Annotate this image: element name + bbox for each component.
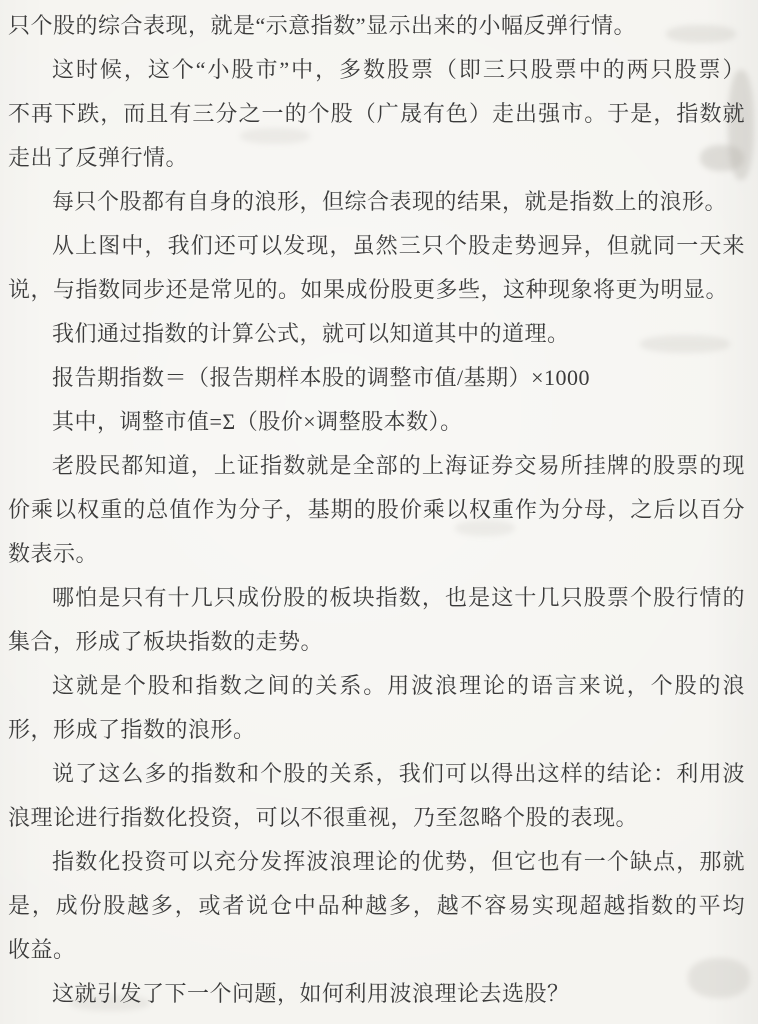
paragraph: 说了这么多的指数和个股的关系，我们可以得出这样的结论：利用波浪理论进行指数化投资… [8,752,745,840]
paragraph: 这时候，这个“小股市”中，多数股票（即三只股票中的两只股票）不再下跌，而且有三分… [8,48,745,180]
paragraph: 只个股的综合表现，就是“示意指数”显示出来的小幅反弹行情。 [8,4,745,48]
paragraph: 这就是个股和指数之间的关系。用波浪理论的语言来说，个股的浪形，形成了指数的浪形。 [8,664,745,752]
paragraph: 我们通过指数的计算公式，就可以知道其中的道理。 [8,312,745,356]
scanned-book-page: 只个股的综合表现，就是“示意指数”显示出来的小幅反弹行情。这时候，这个“小股市”… [0,0,758,1024]
text-line: 每只个股都有自身的浪形，但综合表现的结果，就是指数上的浪形。 [8,180,745,224]
text-line: 价乘以权重的总值作为分子，基期的股价乘以权重作为分母，之后以百分 [8,488,745,532]
paragraph: 指数化投资可以充分发挥波浪理论的优势，但它也有一个缺点，那就是，成份股越多，或者… [8,840,745,972]
text-line: 其中，调整市值=Σ（股价×调整股本数）。 [8,400,745,444]
text-line: 数表示。 [8,532,745,576]
text-line: 老股民都知道，上证指数就是全部的上海证券交易所挂牌的股票的现 [8,444,745,488]
paragraph: 从上图中，我们还可以发现，虽然三只个股走势迥异，但就同一天来说，与指数同步还是常… [8,224,745,312]
text-line: 是，成份股越多，或者说仓中品种越多，越不容易实现超越指数的平均 [8,884,745,928]
text-line: 只个股的综合表现，就是“示意指数”显示出来的小幅反弹行情。 [8,4,745,48]
paragraph: 每只个股都有自身的浪形，但综合表现的结果，就是指数上的浪形。 [8,180,745,224]
paragraph: 哪怕是只有十几只成份股的板块指数，也是这十几只股票个股行情的集合，形成了板块指数… [8,576,745,664]
paragraph: 老股民都知道，上证指数就是全部的上海证券交易所挂牌的股票的现价乘以权重的总值作为… [8,444,745,576]
paragraph: 这就引发了下一个问题，如何利用波浪理论去选股？ [8,972,745,1016]
text-line: 形，形成了指数的浪形。 [8,708,745,752]
text-line: 指数化投资可以充分发挥波浪理论的优势，但它也有一个缺点，那就 [8,840,745,884]
text-line: 这就引发了下一个问题，如何利用波浪理论去选股？ [8,972,745,1016]
text-line: 说，与指数同步还是常见的。如果成份股更多些，这种现象将更为明显。 [8,268,745,312]
text-line: 报告期指数＝（报告期样本股的调整市值/基期）×1000 [8,356,745,400]
text-line: 从上图中，我们还可以发现，虽然三只个股走势迥异，但就同一天来 [8,224,745,268]
text-line: 浪理论进行指数化投资，可以不很重视，乃至忽略个股的表现。 [8,796,745,840]
text-line: 哪怕是只有十几只成份股的板块指数，也是这十几只股票个股行情的 [8,576,745,620]
text-line: 收益。 [8,928,745,972]
text-line: 说了这么多的指数和个股的关系，我们可以得出这样的结论：利用波 [8,752,745,796]
text-line: 这时候，这个“小股市”中，多数股票（即三只股票中的两只股票） [8,48,745,92]
text-block: 只个股的综合表现，就是“示意指数”显示出来的小幅反弹行情。这时候，这个“小股市”… [8,4,745,1016]
text-line: 走出了反弹行情。 [8,136,745,180]
paragraph: 报告期指数＝（报告期样本股的调整市值/基期）×1000 [8,356,745,400]
text-line: 不再下跌，而且有三分之一的个股（广晟有色）走出强市。于是，指数就 [8,92,745,136]
text-line: 集合，形成了板块指数的走势。 [8,620,745,664]
text-line: 这就是个股和指数之间的关系。用波浪理论的语言来说，个股的浪 [8,664,745,708]
text-line: 我们通过指数的计算公式，就可以知道其中的道理。 [8,312,745,356]
paragraph: 其中，调整市值=Σ（股价×调整股本数）。 [8,400,745,444]
